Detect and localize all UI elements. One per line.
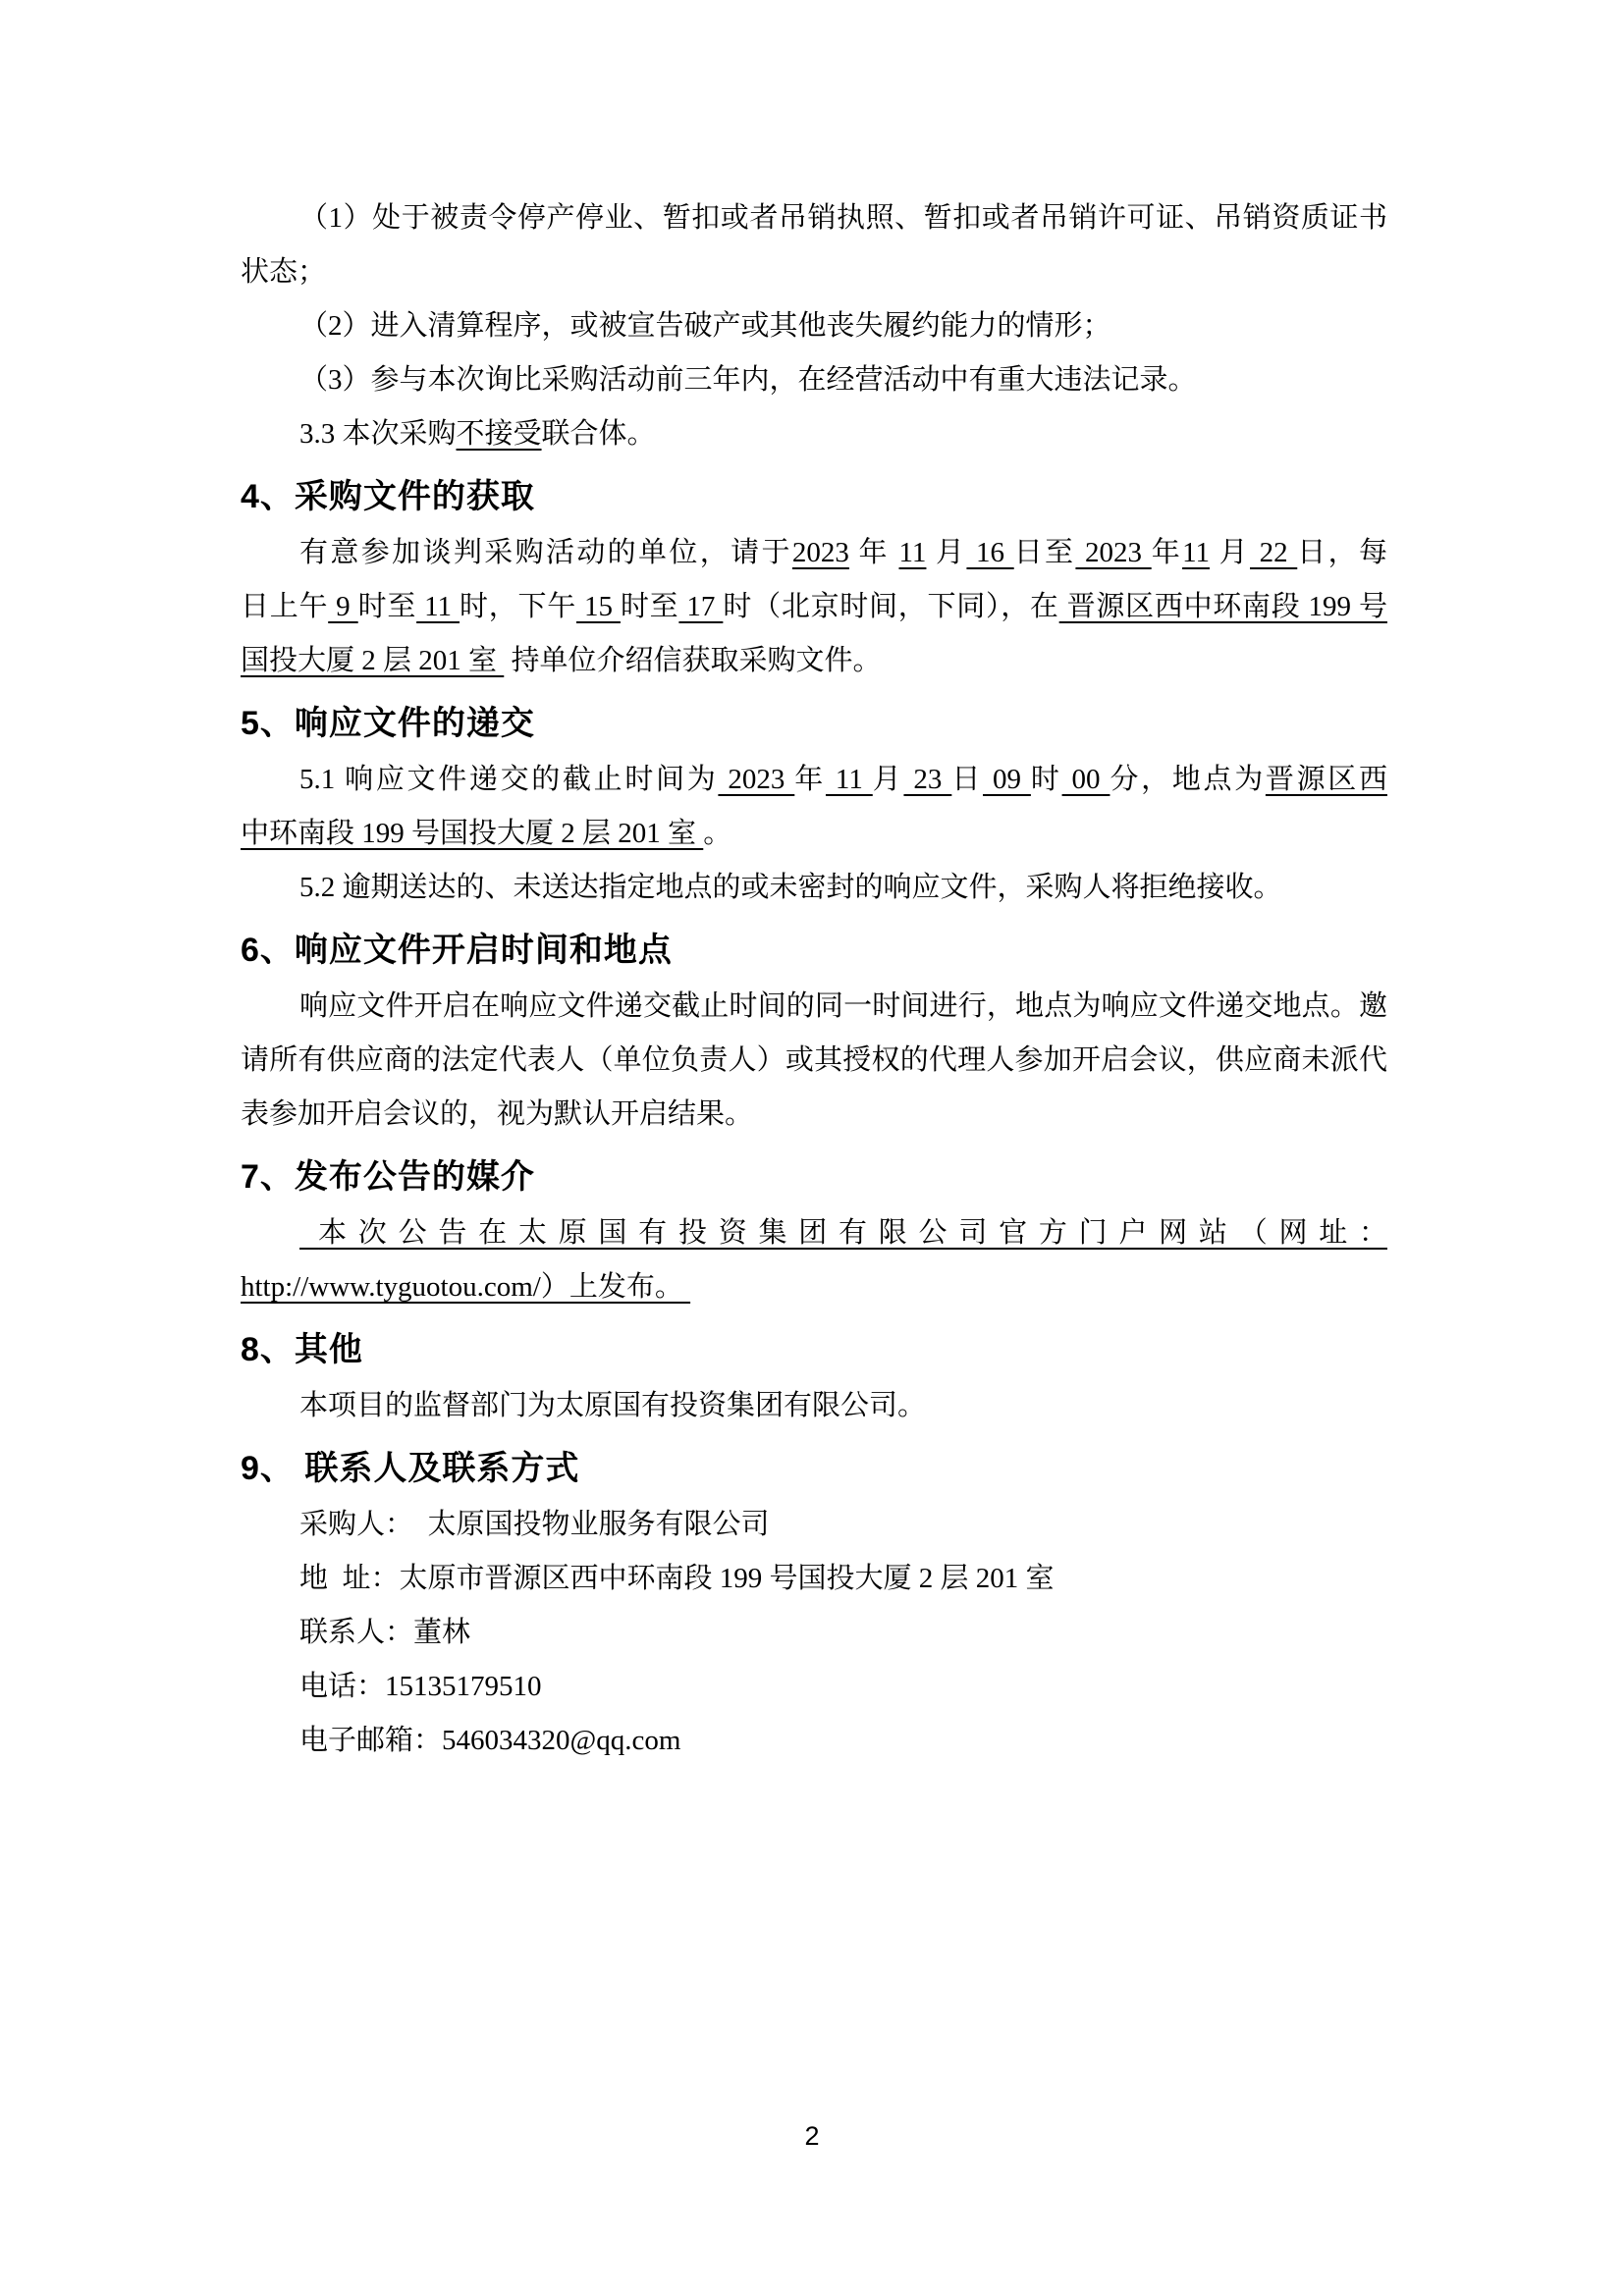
text-line: （2）进入清算程序，或被宣告破产或其他丧失履约能力的情形； (241, 299, 1387, 353)
underlined-text: 11 (416, 591, 460, 622)
text-run: 年 (794, 764, 826, 795)
document-content: （1）处于被责令停产停业、暂扣或者吊销执照、暂扣或者吊销许可证、吊销资质证书状态… (241, 191, 1387, 1768)
text-run: 日，每 (1297, 537, 1387, 568)
text-run: 本项目的监督部门为太原国有投资集团有限公司。 (299, 1390, 926, 1421)
text-run: 分，地点为 (1110, 764, 1265, 795)
text-line: 3.3 本次采购不接受联合体。 (241, 407, 1387, 461)
text-line: 电子邮箱：546034320@qq.com (241, 1714, 1387, 1768)
underlined-text: 9 (328, 591, 357, 622)
underlined-text: 11 (1182, 537, 1210, 568)
underlined-text: 11 (899, 537, 927, 568)
text-line: 5.2 逾期送达的、未送达指定地点的或未密封的响应文件，采购人将拒绝接收。 (241, 861, 1387, 915)
text-line: 响应文件开启在响应文件递交截止时间的同一时间进行，地点为响应文件递交地点。邀 (241, 980, 1387, 1034)
text-run: 时（北京时间，下同），在 (723, 591, 1058, 622)
underlined-text: 不接受 (457, 418, 542, 450)
underlined-text: 16 (966, 537, 1013, 568)
text-run: 有意参加谈判采购活动的单位，请于 (299, 537, 792, 568)
underlined-text: 国投大厦 2 层 201 室 (241, 645, 504, 676)
text-line: （1）处于被责令停产停业、暂扣或者吊销执照、暂扣或者吊销许可证、吊销资质证书 (241, 191, 1387, 245)
text-run: 月 (926, 537, 966, 568)
underlined-text: 11 (826, 764, 873, 795)
text-line: 本项目的监督部门为太原国有投资集团有限公司。 (241, 1379, 1387, 1433)
text-run: 月 (873, 764, 904, 795)
document-page: （1）处于被责令停产停业、暂扣或者吊销执照、暂扣或者吊销许可证、吊销资质证书状态… (0, 0, 1624, 2296)
text-run: 联合体。 (542, 418, 656, 450)
text-run: 请所有供应商的法定代表人（单位负责人）或其授权的代理人参加开启会议，供应商未派代 (241, 1044, 1387, 1076)
text-run: 状态； (241, 256, 326, 288)
section-heading-4: 7、发布公告的媒介 (241, 1148, 1387, 1206)
text-line: 日上午 9 时至 11 时，下午 15 时至 17 时（北京时间，下同），在 晋… (241, 580, 1387, 634)
text-run: 时 (1031, 764, 1062, 795)
text-run: 日上午 (241, 591, 328, 622)
underlined-text: 00 (1062, 764, 1110, 795)
text-line: 地 址：太原市晋源区西中环南段 199 号国投大厦 2 层 201 室 (241, 1552, 1387, 1606)
text-run: 日至 (1014, 537, 1076, 568)
text-run: 电子邮箱：546034320@qq.com (299, 1725, 680, 1756)
underlined-text: 2023 (1075, 537, 1151, 568)
section-heading-5: 8、其他 (241, 1320, 1387, 1379)
text-run: 采购人： 太原国投物业服务有限公司 (299, 1509, 770, 1540)
text-line: 联系人：董林 (241, 1606, 1387, 1660)
text-run: 时，下午 (460, 591, 576, 622)
page-number: 2 (804, 2121, 819, 2151)
text-line: 采购人： 太原国投物业服务有限公司 (241, 1498, 1387, 1552)
text-line: 表参加开启会议的，视为默认开启结果。 (241, 1088, 1387, 1142)
underlined-text: 2023 (718, 764, 794, 795)
underlined-text: 22 (1250, 537, 1297, 568)
text-run: 持单位介绍信获取采购文件。 (504, 645, 881, 676)
underlined-text: 17 (678, 591, 723, 622)
text-line: 5.1 响应文件递交的截止时间为 2023 年 11 月 23 日 09 时 0… (241, 753, 1387, 807)
text-run: （1）处于被责令停产停业、暂扣或者吊销执照、暂扣或者吊销许可证、吊销资质证书 (299, 202, 1387, 234)
section-heading-3: 6、响应文件开启时间和地点 (241, 921, 1387, 980)
underlined-text: 23 (903, 764, 951, 795)
text-line: 国投大厦 2 层 201 室 持单位介绍信获取采购文件。 (241, 634, 1387, 688)
text-run: 电话：15135179510 (299, 1671, 542, 1702)
underlined-text: 晋源区西 (1266, 764, 1387, 795)
text-run: 5.1 响应文件递交的截止时间为 (299, 764, 718, 795)
underlined-text: 09 (983, 764, 1031, 795)
text-run: 月 (1210, 537, 1250, 568)
section-heading-6: 9、 联系人及联系方式 (241, 1439, 1387, 1498)
text-run: 时至 (621, 591, 678, 622)
underlined-text: 15 (576, 591, 621, 622)
text-run: 表参加开启会议的，视为默认开启结果。 (241, 1098, 753, 1130)
text-line: 有意参加谈判采购活动的单位，请于2023 年 11 月 16 日至 2023 年… (241, 526, 1387, 580)
text-run: （3）参与本次询比采购活动前三年内，在经营活动中有重大违法记录。 (299, 364, 1197, 396)
text-run: 地 址：太原市晋源区西中环南段 199 号国投大厦 2 层 201 室 (299, 1563, 1055, 1594)
text-line: http://www.tyguotou.com/）上发布。 (241, 1260, 1387, 1314)
underlined-text: 中环南段 199 号国投大厦 2 层 201 室 (241, 818, 703, 849)
text-run: 。 (703, 818, 731, 849)
text-line: 状态； (241, 245, 1387, 299)
text-line: 本次公告在太原国有投资集团有限公司官方门户网站（网址： (241, 1206, 1387, 1260)
underlined-text: http://www.tyguotou.com/）上发布。 (241, 1271, 690, 1303)
section-heading-1: 4、采购文件的获取 (241, 467, 1387, 526)
text-run: 年 (849, 537, 899, 568)
section-heading-2: 5、响应文件的递交 (241, 694, 1387, 753)
underlined-text: 2023 (792, 537, 849, 568)
text-run: 联系人：董林 (299, 1617, 470, 1648)
text-line: （3）参与本次询比采购活动前三年内，在经营活动中有重大违法记录。 (241, 353, 1387, 407)
text-line: 中环南段 199 号国投大厦 2 层 201 室 。 (241, 807, 1387, 861)
text-run: 日 (951, 764, 983, 795)
text-run: 年 (1152, 537, 1182, 568)
text-run: 时至 (358, 591, 416, 622)
text-run: （2）进入清算程序，或被宣告破产或其他丧失履约能力的情形； (299, 310, 1111, 342)
text-run: 响应文件开启在响应文件递交截止时间的同一时间进行，地点为响应文件递交地点。邀 (299, 990, 1387, 1022)
text-run: 3.3 本次采购 (299, 418, 457, 450)
text-line: 电话：15135179510 (241, 1660, 1387, 1714)
text-line: 请所有供应商的法定代表人（单位负责人）或其授权的代理人参加开启会议，供应商未派代 (241, 1034, 1387, 1088)
underlined-text: 晋源区西中环南段 199 号 (1059, 591, 1387, 622)
underlined-text: 本次公告在太原国有投资集团有限公司官方门户网站（网址： (299, 1217, 1387, 1249)
page-footer: 2 (0, 2120, 1624, 2152)
text-run: 5.2 逾期送达的、未送达指定地点的或未密封的响应文件，采购人将拒绝接收。 (299, 872, 1282, 903)
